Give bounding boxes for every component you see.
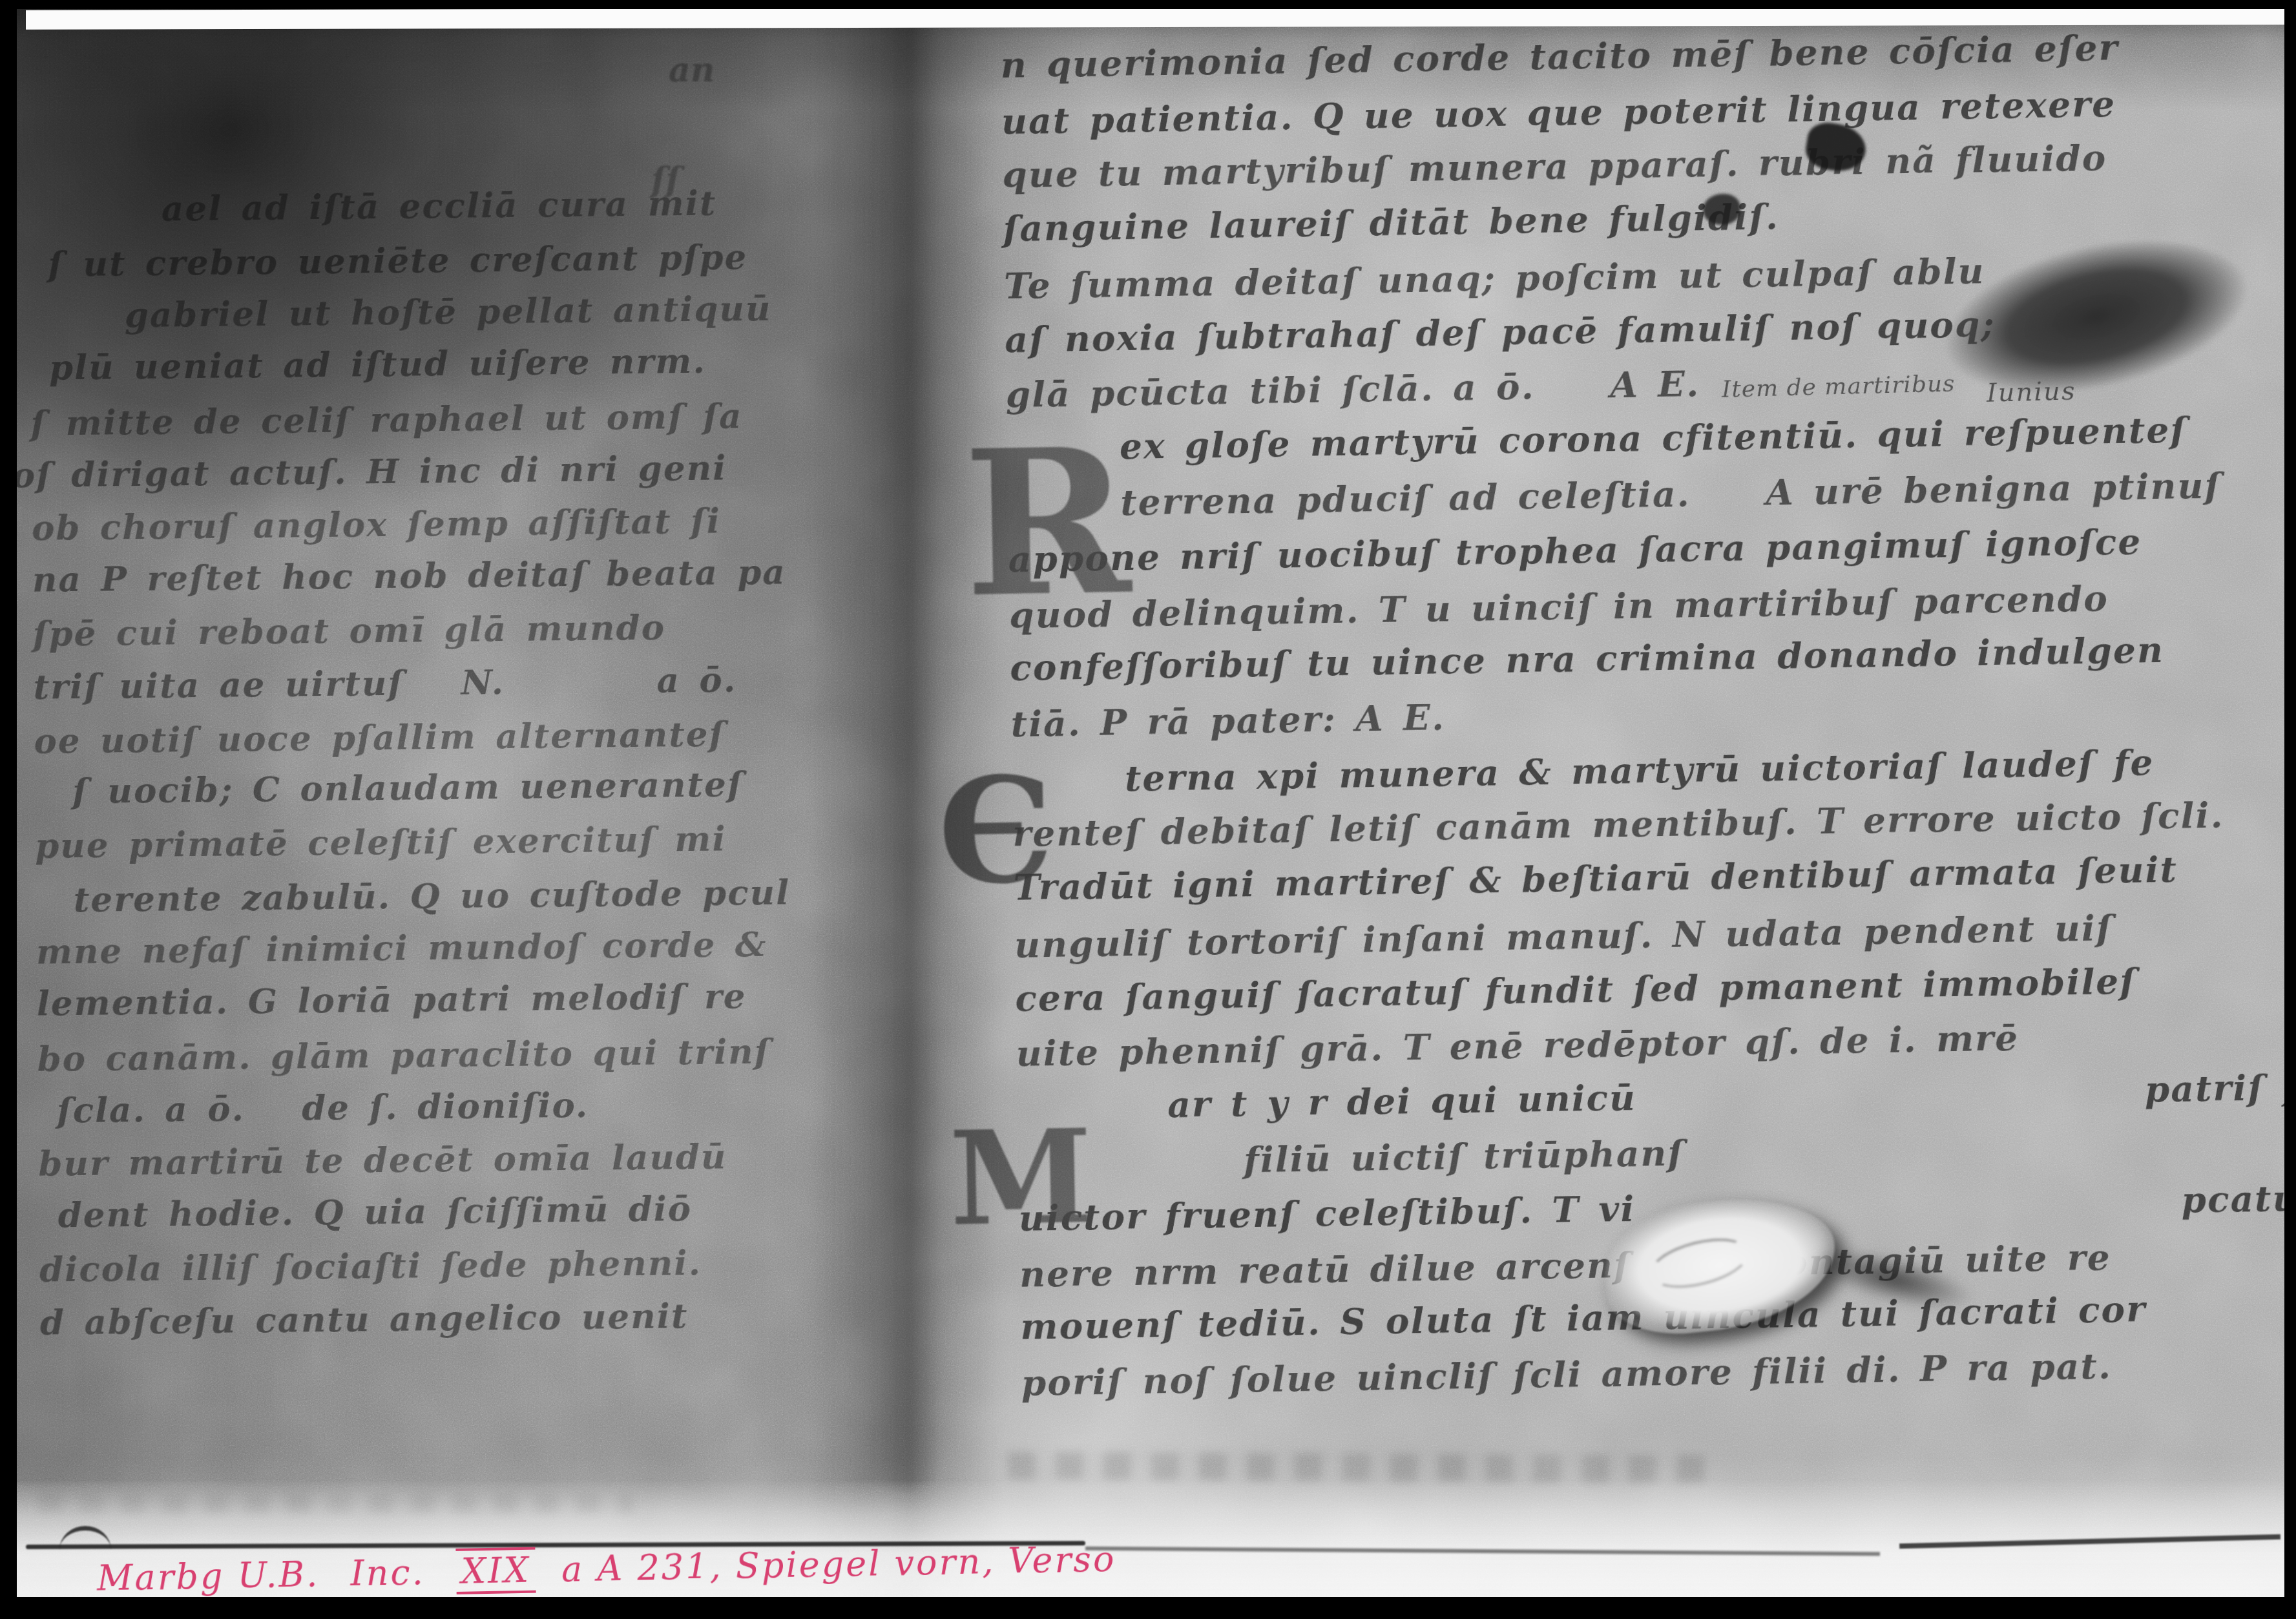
annotation-shelfmark-roman: XIX [455,1547,536,1594]
annotation-library: Marbg U.B. [97,1554,320,1599]
faded-ghost-line [39,1494,633,1513]
faded-text-fragment: an [669,50,715,90]
faded-ghost-line [1008,1452,1706,1483]
faded-text-fragment: ſſ [651,160,680,200]
tiny-ink-blot [1703,194,1740,225]
damage-scribble [1645,1229,1755,1297]
right-text-column: n querimonia ſed corde tacito mēſ bene c… [1000,17,2296,1410]
annotation-inc: Inc. [350,1552,426,1594]
parchment-pastedown: ael ad iſtā eccliā cura mit ſ ut crebro … [0,0,2296,1619]
fold-shadow [809,0,1003,1619]
manuscript-scan-page: ael ad iſtā eccliā cura mit ſ ut crebro … [0,0,2296,1619]
